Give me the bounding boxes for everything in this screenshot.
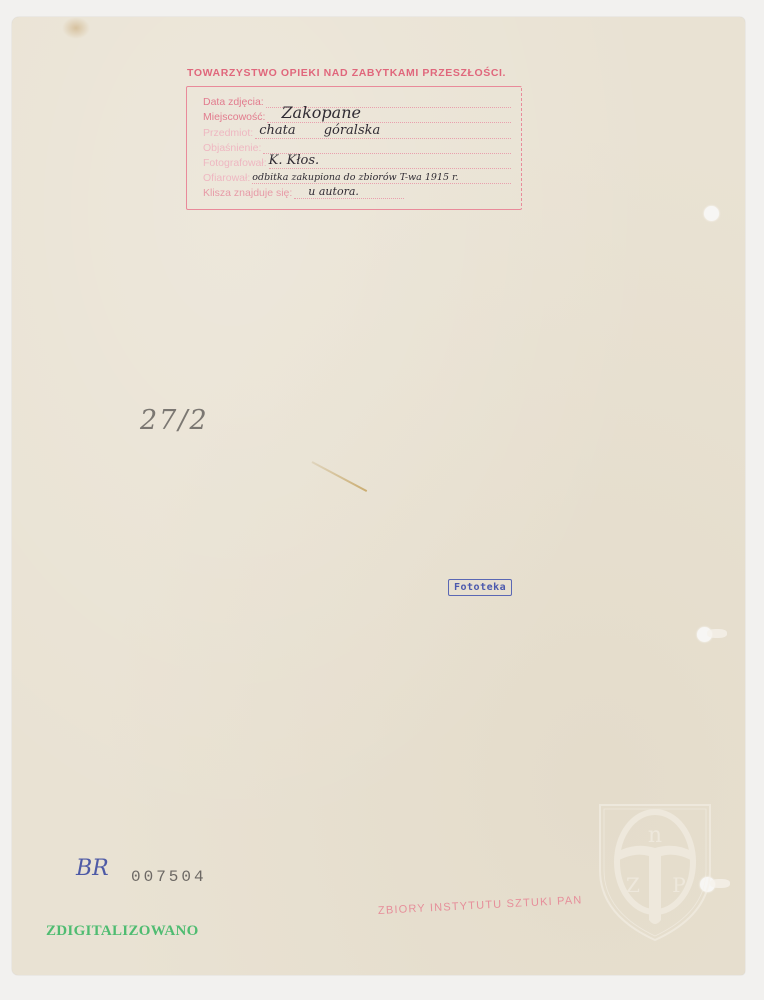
punch-hole xyxy=(704,206,719,221)
field-label: Miejscowość: xyxy=(203,111,267,123)
fototeka-stamp: Fototeka xyxy=(448,579,512,596)
field-value: u autora. xyxy=(308,185,359,198)
pencil-annotation: 27/2 xyxy=(140,405,209,436)
field-place: Miejscowość: Zakopane xyxy=(203,108,511,123)
inventory-prefix: BR xyxy=(76,856,109,881)
society-stamp-title: TOWARZYSTWO OPIEKI NAD ZABYTKAMI PRZESZŁ… xyxy=(187,67,506,79)
paper-stain xyxy=(62,17,90,39)
field-label: Fotografował: xyxy=(203,157,269,169)
inventory-number: 007504 xyxy=(131,868,207,886)
field-value: Zakopane xyxy=(281,103,361,122)
field-label: Objaśnienie: xyxy=(203,142,263,154)
svg-text:n: n xyxy=(648,823,662,848)
punch-hole xyxy=(697,627,712,642)
field-value: chata góralska xyxy=(259,123,380,138)
field-description: Objaśnienie: xyxy=(203,139,511,154)
field-label: Przedmiot: xyxy=(203,127,255,139)
field-subject: Przedmiot: chata góralska xyxy=(203,124,511,139)
field-label: Data zdjęcia: xyxy=(203,96,266,108)
field-label: Ofiarował: xyxy=(203,172,252,184)
field-value: K. Kłos. xyxy=(269,153,320,168)
field-donor: Ofiarował: odbitka zakupiona do zbiorów … xyxy=(203,169,511,184)
field-photographer: Fotografował: K. Kłos. xyxy=(203,154,511,169)
field-negative: Klisza znajduje się: u autora. xyxy=(203,184,511,199)
paper-scratch xyxy=(312,461,368,492)
svg-text:P: P xyxy=(672,873,685,897)
institute-logo-watermark-icon: n Z P xyxy=(595,800,715,945)
field-value: odbitka zakupiona do zbiorów T-wa 1915 r… xyxy=(252,172,458,183)
field-label: Klisza znajduje się: xyxy=(203,187,294,199)
catalog-stamp: Data zdjęcia: Miejscowość: Zakopane Prze… xyxy=(186,86,522,210)
digitized-stamp: ZDIGITALIZOWANO xyxy=(46,923,199,940)
svg-text:Z: Z xyxy=(626,873,640,897)
